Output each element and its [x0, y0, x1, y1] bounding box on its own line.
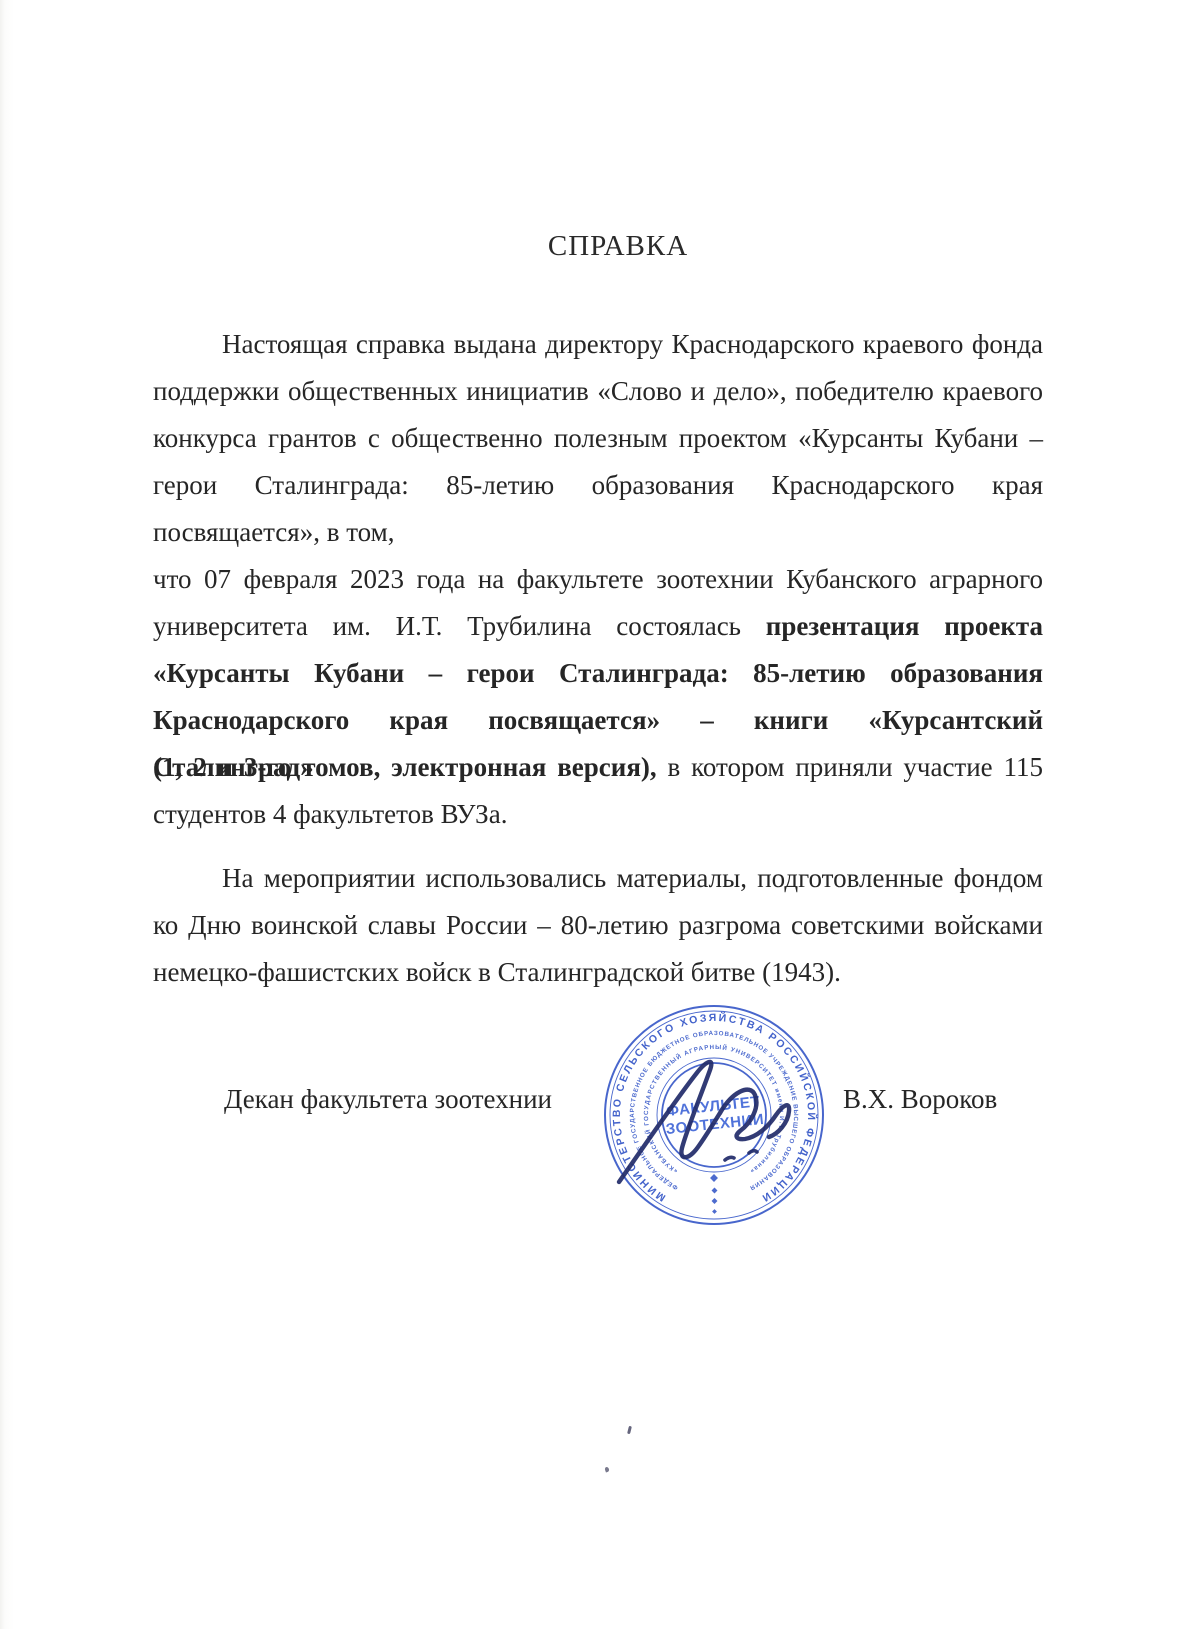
document-title: СПРАВКА [173, 230, 1063, 263]
text-segment: студентов 4 факультетов ВУЗа. [153, 799, 507, 829]
paragraph-1: Настоящая справка выдана директору Красн… [153, 321, 1043, 556]
scanned-certificate-page: СПРАВКА Настоящая справка выдана директо… [0, 0, 1200, 1629]
text-segment: немецко-фашистских войск в Сталинградско… [153, 957, 841, 987]
text-segment: На мероприятии использовались материалы,… [222, 863, 1043, 893]
text-line: посвящается», в том, [153, 509, 1043, 556]
text-line: поддержки общественных инициатив «Слово … [153, 368, 1043, 415]
text-segment: поддержки общественных инициатив «Слово … [153, 376, 1043, 406]
signatory-role: Декан факультета зоотехнии [224, 1083, 552, 1115]
text-segment: что 07 февраля 2023 года на факультете з… [153, 564, 1043, 594]
text-segment-bold: (1, 2 и 3-го томов, электронная версия), [153, 752, 668, 782]
paragraph-3: На мероприятии использовались материалы,… [153, 855, 1043, 996]
text-segment: посвящается», в том, [153, 517, 394, 547]
text-segment-bold: «Курсанты Кубани – герои Сталинграда: 85… [153, 658, 1043, 688]
text-line: ко Дню воинской славы России – 80-летию … [153, 902, 1043, 949]
text-segment: университета им. И.Т. Трубилина состояла… [153, 611, 766, 641]
text-line: Настоящая справка выдана директору Красн… [153, 321, 1043, 368]
paragraph-2: что 07 февраля 2023 года на факультете з… [153, 556, 1043, 838]
text-segment-bold: презентация проекта [766, 611, 1043, 641]
text-line: (1, 2 и 3-го томов, электронная версия),… [153, 744, 1043, 791]
text-line: университета им. И.Т. Трубилина состояла… [153, 603, 1043, 650]
text-line: Краснодарского края посвящается» – книги… [153, 697, 1043, 744]
scan-speck [627, 1426, 632, 1434]
scan-speck [604, 1466, 609, 1472]
document-body: Настоящая справка выдана директору Красн… [153, 321, 1043, 996]
signatory-name: В.Х. Вороков [843, 1083, 997, 1115]
text-segment: ко Дню воинской славы России – 80-летию … [153, 910, 1043, 940]
stamp-separator-diamonds [710, 1174, 718, 1214]
text-segment: в котором приняли участие 115 [668, 752, 1043, 782]
text-line: «Курсанты Кубани – герои Сталинграда: 85… [153, 650, 1043, 697]
university-stamp: МИНИСТЕРСТВО СЕЛЬСКОГО ХОЗЯЙСТВА РОССИЙС… [599, 1000, 829, 1230]
text-line: студентов 4 факультетов ВУЗа. [153, 791, 1043, 838]
text-line: что 07 февраля 2023 года на факультете з… [153, 556, 1043, 603]
text-line: конкурса грантов с общественно полезным … [153, 415, 1043, 462]
text-line: немецко-фашистских войск в Сталинградско… [153, 949, 1043, 996]
text-segment: герои Сталинграда: 85-летию образования … [153, 470, 1043, 500]
text-line: герои Сталинграда: 85-летию образования … [153, 462, 1043, 509]
text-line: На мероприятии использовались материалы,… [153, 855, 1043, 902]
text-segment: конкурса грантов с общественно полезным … [153, 423, 1043, 453]
text-segment: Настоящая справка выдана директору Красн… [222, 329, 1043, 359]
